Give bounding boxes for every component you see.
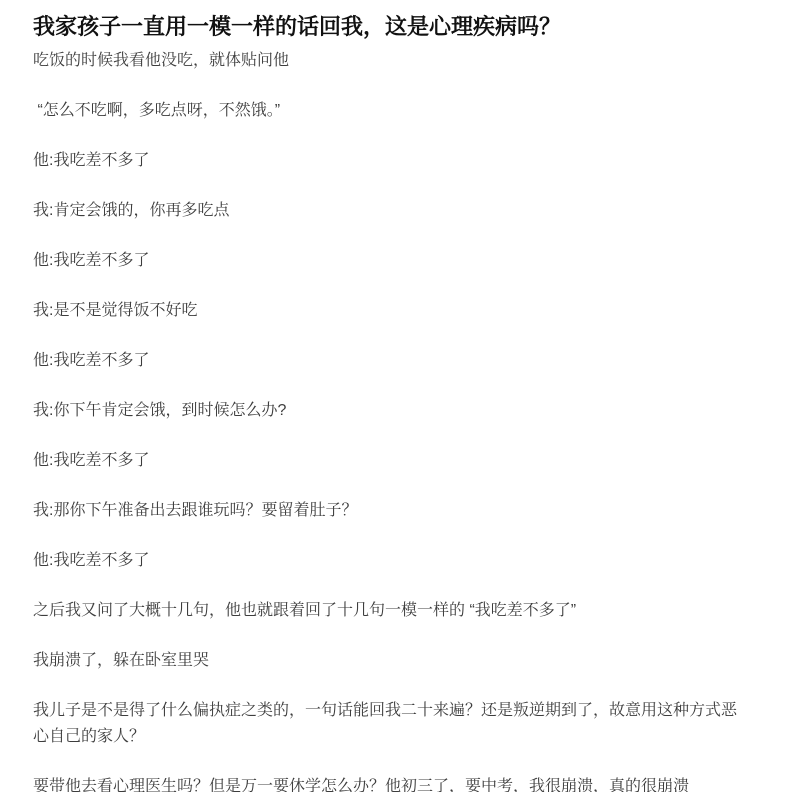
question-post: 我家孩子一直用一模一样的话回我，这是心理疾病吗？ 吃饭的时候我看他没吃，就体贴问… (0, 0, 801, 792)
post-paragraph: 我崩溃了，躲在卧室里哭 (33, 648, 745, 674)
post-paragraph: 他:我吃差不多了 (33, 348, 745, 374)
post-paragraph: 他:我吃差不多了 (33, 548, 745, 574)
post-paragraph-quote: “怎么不吃啊，多吃点呀，不然饿。” (33, 98, 745, 124)
post-paragraph: 我:是不是觉得饭不好吃 (33, 298, 745, 324)
post-paragraph: 之后我又问了大概十几句，他也就跟着回了十几句一模一样的 “我吃差不多了” (33, 598, 745, 624)
post-paragraph: 我儿子是不是得了什么偏执症之类的，一句话能回我二十来遍？还是叛逆期到了，故意用这… (33, 698, 745, 750)
post-paragraph: 他:我吃差不多了 (33, 148, 745, 174)
post-paragraph: 吃饭的时候我看他没吃，就体贴问他 (33, 48, 745, 74)
post-paragraph: 他:我吃差不多了 (33, 248, 745, 274)
post-paragraph: 我:肯定会饿的，你再多吃点 (33, 198, 745, 224)
post-paragraph: 他:我吃差不多了 (33, 448, 745, 474)
question-title: 我家孩子一直用一模一样的话回我，这是心理疾病吗？ (33, 12, 745, 42)
post-paragraph: 我:你下午肯定会饿，到时候怎么办? (33, 398, 745, 424)
post-paragraph: 我:那你下午准备出去跟谁玩吗？要留着肚子？ (33, 498, 745, 524)
post-paragraph: 要带他去看心理医生吗？但是万一要休学怎么办？他初三了，要中考，我很崩溃，真的很崩… (33, 774, 745, 792)
